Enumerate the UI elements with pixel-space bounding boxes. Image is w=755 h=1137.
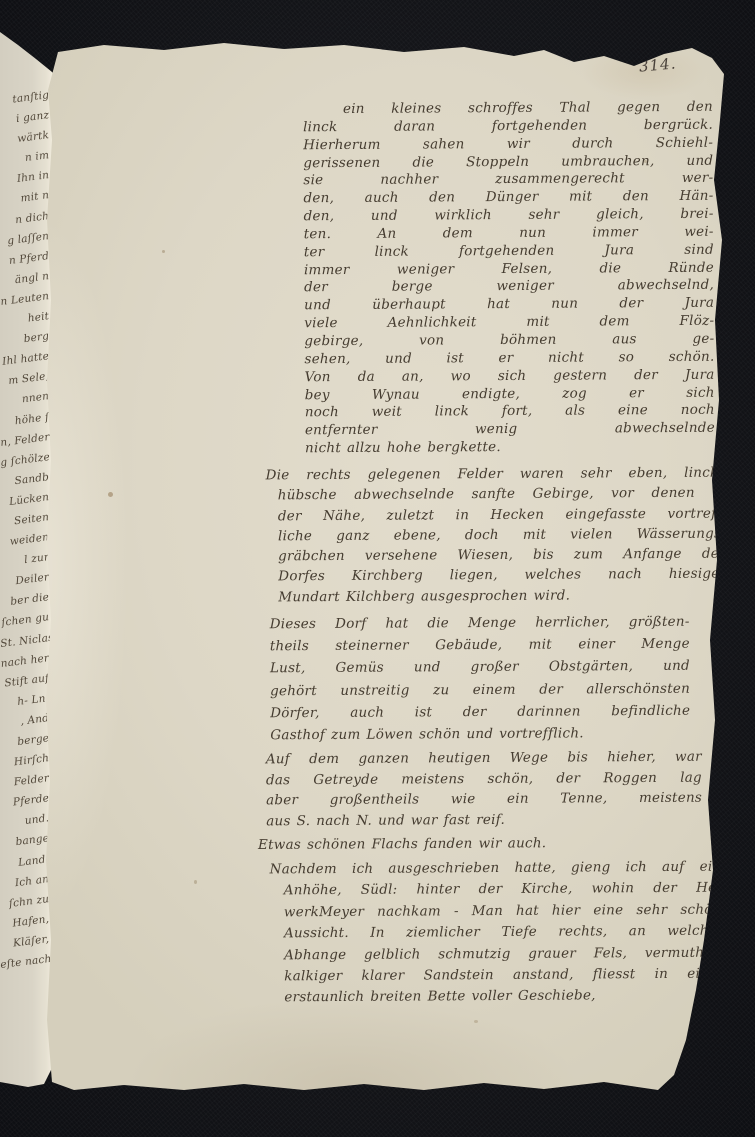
manuscript-line: linck daran fortgehenden bergrück. [303,117,713,137]
foxing-speck [474,1020,478,1023]
foxing-speck [108,492,113,497]
manuscript-line: Dörfer, auch ist der darinnen befindlich… [270,700,690,725]
manuscript-line: ein kleines schroffes Thal gegen den [303,99,713,119]
manuscript-paragraph: Auf dem ganzen heutigen Wege bis hieher,… [266,747,702,832]
manuscript-line: das Getreyde meistens schön, der Roggen … [266,767,702,790]
manuscript-line: Hierherum sahen wir durch Schiehl- [303,134,713,154]
manuscript-line: gebirge, von böhmen aus ge- [304,331,714,351]
manuscript-line: Mundart Kilchberg ausgesprochen wird. [278,584,726,607]
manuscript-line: Nachdem ich ausgeschrieben hatte, gieng … [284,857,730,881]
manuscript-line: theils steinerner Gebäude, mit einer Men… [270,633,690,658]
manuscript-line: Etwas schönen Flachs fanden wir auch. [258,833,588,856]
manuscript-line: gräbchen versehene Wiesen, bis zum Anfan… [278,544,726,567]
manuscript-line: aber großentheils wie ein Tenne, meisten… [266,788,702,811]
foxing-speck [162,250,165,253]
manuscript-line: Anhöhe, Südl: hinter der Kirche, wohin d… [284,878,730,902]
manuscript-line: Aussicht. In ziemlicher Tiefe rechts, an… [284,921,730,945]
manuscript-paragraph: Etwas schönen Flachs fanden wir auch. [258,833,588,856]
scanned-manuscript-view: tanſtigi ganzwärtkn imIhn inmit nn dichg… [0,0,755,1137]
manuscript-line: kalkiger klarer Sandstein anstand, flies… [284,964,730,988]
manuscript-line: Dorfes Kirchberg liegen, welches nach hi… [278,564,726,587]
manuscript-line: Abhange gelblich schmutzig grauer Fels, … [284,942,730,966]
manuscript-line: den, und wirklich sehr gleich, brei- [304,206,714,226]
manuscript-line: werkMeyer nachkam - Man hat hier eine se… [284,899,730,923]
manuscript-line: der Nähe, zuletzt in Hecken eingefasste … [278,503,726,526]
manuscript-line: Die rechts gelegenen Felder waren sehr e… [278,463,726,486]
manuscript-page: 314. ein kleines schroffes Thal gegen de… [44,40,726,1096]
manuscript-line: sehen, und ist er nicht so schön. [304,349,714,369]
manuscript-paragraph: Nachdem ich ausgeschrieben hatte, gieng … [270,857,731,1010]
manuscript-line: liche ganz ebene, doch mit vielen Wässer… [278,523,726,546]
manuscript-line: Lust, Gemüs und großer Obstgärten, und [270,655,690,680]
manuscript-line: aus S. nach N. und war fast reif. [266,808,702,831]
manuscript-paragraph: Die rechts gelegenen Felder waren sehr e… [266,463,727,608]
manuscript-line: ten. An dem nun immer wei- [304,224,714,244]
manuscript-line: hübsche abwechselnde sanfte Gebirge, vor… [278,483,726,506]
manuscript-paragraph: ein kleines schroffes Thal gegen denlinc… [303,99,715,458]
manuscript-line: nicht allzu hohe bergkette. [305,438,715,458]
foxing-speck [194,880,197,884]
manuscript-line: Von da an, wo sich gestern der Jura [305,366,715,386]
manuscript-line: entfernter wenig abwechselnde [305,420,715,440]
manuscript-line: ter linck fortgehenden Jura sind [304,241,714,261]
manuscript-paragraph: Dieses Dorf hat die Menge herrlicher, gr… [270,611,691,747]
manuscript-line: Gasthof zum Löwen schön und vortrefflich… [270,722,690,747]
manuscript-line: Dieses Dorf hat die Menge herrlicher, gr… [270,611,690,636]
manuscript-line: Auf dem ganzen heutigen Wege bis hieher,… [266,747,702,770]
manuscript-line: gehört unstreitig zu einem der allerschö… [270,677,690,702]
manuscript-line: erstaunlich breiten Bette voller Geschie… [284,985,730,1009]
page-number: 314. [638,54,677,75]
